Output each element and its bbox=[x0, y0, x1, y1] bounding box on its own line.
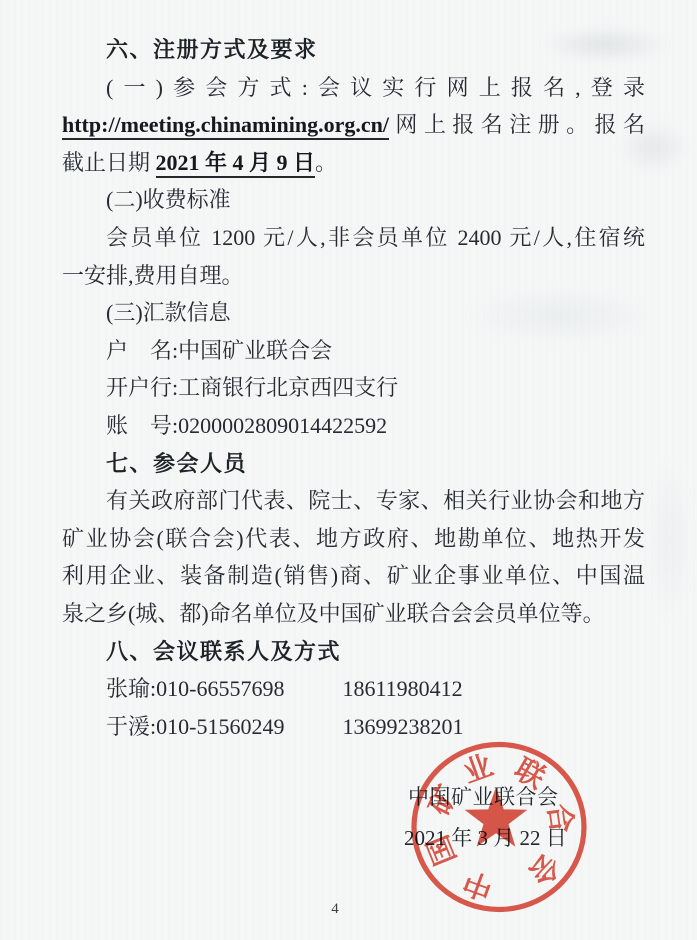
contact-name: 于湲: bbox=[106, 714, 156, 739]
deadline-period: 。 bbox=[315, 150, 337, 175]
participants-line-3: 利用企业、装备制造(销售)商、矿业企事业单位、中国温 bbox=[62, 557, 645, 595]
participation-method-line-2: http://meeting.chinamining.org.cn/网上报名注册… bbox=[62, 106, 645, 144]
seal-text-char: 中 bbox=[459, 864, 498, 905]
scanned-document-page: 六、注册方式及要求 (一)参会方式:会议实行网上报名,登录 http://mee… bbox=[0, 0, 697, 940]
section-7-heading: 七、参会人员 bbox=[62, 445, 645, 483]
participants-line-2: 矿业协会(联合会)代表、地方政府、地勘单位、地热开发 bbox=[62, 520, 645, 558]
contact-office-phone: 010-66557698 bbox=[156, 676, 284, 701]
section-8-heading: 八、会议联系人及方式 bbox=[62, 633, 645, 671]
registration-url: http://meeting.chinamining.org.cn/ bbox=[62, 112, 389, 140]
seal-text-char: 合 bbox=[542, 802, 580, 835]
account-name-line: 户 名:中国矿业联合会 bbox=[62, 332, 645, 370]
contact-mobile-phone: 18611980412 bbox=[342, 676, 462, 701]
deadline-prefix: 截止日期 bbox=[62, 150, 156, 175]
deadline-date: 2021 年 4 月 9 日 bbox=[156, 150, 316, 178]
participants-line-1: 有关政府部门代表、院士、专家、相关行业协会和地方 bbox=[62, 482, 645, 520]
fee-standard-heading: (二)收费标准 bbox=[62, 181, 645, 219]
deadline-line: 截止日期 2021 年 4 月 9 日。 bbox=[62, 144, 645, 182]
participation-method-line-1: (一)参会方式:会议实行网上报名,登录 bbox=[62, 69, 645, 107]
fee-line-1: 会员单位 1200 元/人,非会员单位 2400 元/人,住宿统 bbox=[62, 219, 645, 257]
fee-line-2: 一安排,费用自理。 bbox=[62, 257, 645, 295]
contact-row-zhangyu: 张瑜:010-6655769818611980412 bbox=[62, 670, 645, 708]
contact-office-phone: 010-51560249 bbox=[156, 714, 284, 739]
bleed-through-smudge bbox=[640, 430, 697, 650]
remittance-info-heading: (三)汇款信息 bbox=[62, 294, 645, 332]
seal-text-char: 矿 bbox=[423, 780, 465, 821]
account-number-line: 账 号:0200002809014422592 bbox=[62, 407, 645, 445]
bank-line: 开户行:工商银行北京西四支行 bbox=[62, 369, 645, 407]
section-6-heading: 六、注册方式及要求 bbox=[62, 31, 645, 69]
contact-name: 张瑜: bbox=[106, 676, 156, 701]
registration-url-suffix-text: 网上报名注册。报名 bbox=[389, 112, 645, 137]
star-icon bbox=[465, 787, 528, 847]
participants-line-4: 泉之乡(城、都)命名单位及中国矿业联合会会员单位等。 bbox=[62, 595, 645, 633]
seal-text-char: 业 bbox=[459, 749, 498, 790]
official-seal: 中 国 矿 业 联 合 会 bbox=[402, 734, 596, 922]
page-number: 4 bbox=[300, 901, 370, 918]
document-body: 六、注册方式及要求 (一)参会方式:会议实行网上报名,登录 http://mee… bbox=[62, 31, 645, 745]
seal-text-char: 国 bbox=[421, 830, 462, 869]
